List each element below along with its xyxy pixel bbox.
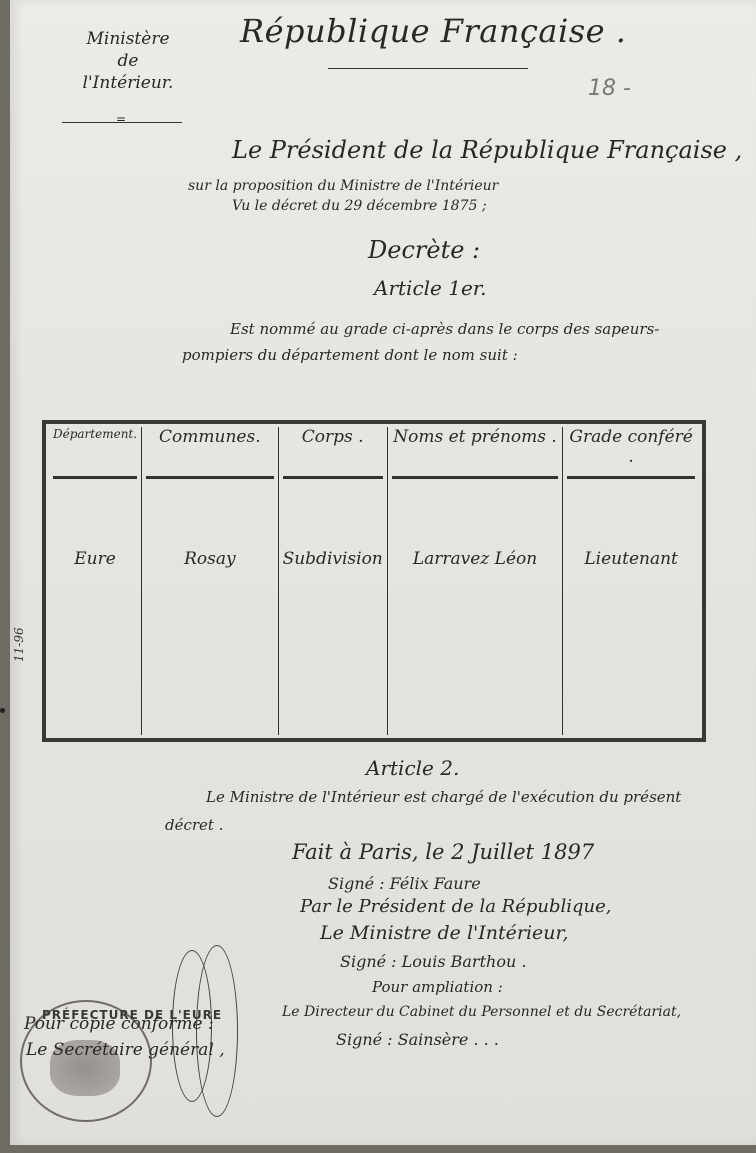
cell-corps: Subdivision	[278, 479, 387, 735]
column-header-grade: Grade conféré .	[563, 427, 699, 479]
decree-document: Ministère de l'Intérieur. = République F…	[10, 0, 756, 1145]
proposition-line: sur la proposition du Ministre de l'Inté…	[188, 178, 498, 194]
column-header-corps: Corps .	[278, 427, 387, 479]
minister-title: Le Ministre de l'Intérieur,	[320, 922, 569, 944]
table-row: Eure Rosay Subdivision Larravez Léon Lie…	[49, 479, 699, 735]
minister-signature: Signé : Louis Barthou .	[340, 952, 526, 971]
title-underline	[328, 68, 528, 69]
cell-grade: Lieutenant	[563, 479, 699, 735]
article-1-heading: Article 1er.	[374, 276, 487, 300]
director-title: Le Directeur du Cabinet du Personnel et …	[282, 1004, 681, 1020]
margin-annotation: 11-96	[12, 627, 26, 662]
ministry-line-2: de	[58, 50, 198, 72]
article-1-text-line-2: pompiers du département dont le nom suit…	[182, 346, 518, 364]
director-signature: Signé : Sainsère . . .	[336, 1030, 499, 1049]
vu-decret-line: Vu le décret du 29 décembre 1875 ;	[232, 198, 487, 214]
column-header-communes: Communes.	[142, 427, 279, 479]
table-header-row: Département. Communes. Corps . Noms et p…	[49, 427, 699, 479]
page-title: République Française .	[240, 12, 626, 50]
margin-dot	[0, 708, 5, 713]
appointment-grid: Département. Communes. Corps . Noms et p…	[49, 427, 699, 735]
article-2-heading: Article 2.	[366, 756, 459, 780]
article-2-text-line-2: décret .	[165, 816, 224, 834]
article-2-text-line-1: Le Ministre de l'Intérieur est chargé de…	[206, 788, 681, 806]
cell-nom: Larravez Léon	[387, 479, 563, 735]
ministry-mark: =	[116, 112, 126, 126]
president-signature: Signé : Félix Faure	[328, 874, 481, 893]
president-heading: Le Président de la République Française …	[232, 136, 742, 164]
article-1-text-line-1: Est nommé au grade ci-après dans le corp…	[230, 320, 659, 338]
ministry-line-3: l'Intérieur.	[58, 72, 198, 94]
appointment-table: Département. Communes. Corps . Noms et p…	[42, 420, 706, 742]
secretary-general-line: Le Secrétaire général ,	[26, 1040, 225, 1060]
column-header-noms: Noms et prénoms .	[387, 427, 563, 479]
par-le-president-line: Par le Président de la République,	[300, 896, 612, 917]
date-place-line: Fait à Paris, le 2 Juillet 1897	[292, 840, 594, 864]
ministry-line-1: Ministère	[58, 28, 198, 50]
decree-heading: Decrète :	[368, 236, 480, 264]
ampliation-line: Pour ampliation :	[372, 978, 503, 996]
folio-number: 18 -	[588, 76, 631, 101]
cell-commune: Rosay	[142, 479, 279, 735]
column-header-departement: Département.	[49, 427, 142, 479]
cell-departement: Eure	[49, 479, 142, 735]
certified-copy-line: Pour copie conforme :	[24, 1014, 214, 1034]
ministry-heading: Ministère de l'Intérieur.	[58, 28, 198, 94]
